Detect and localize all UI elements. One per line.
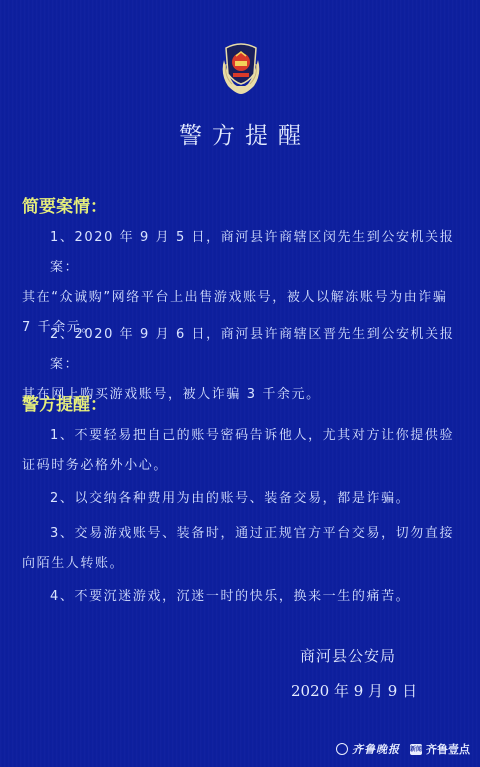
issue-date: 2020 年 9 月 9 日	[291, 680, 417, 701]
tip-3-line-2: 向陌生人转账。	[22, 549, 462, 579]
page-title: 警方提醒	[0, 117, 480, 150]
brand-qilu-evening-news: 齐鲁晚报	[352, 741, 400, 757]
tip-4-line-1: 4、不要沉迷游戏，沉迷一时的快乐，换来一生的痛苦。	[22, 582, 462, 612]
tip-2-line-1: 2、以交纳各种费用为由的账号、装备交易，都是诈骗。	[22, 484, 462, 514]
case-1-line-1: 1、2020 年 9 月 5 日，商河县许商辖区闵先生到公安机关报案：	[22, 223, 462, 283]
case-summary-heading: 简要案情：	[22, 192, 107, 217]
brand-qilu-yidian: 齐鲁壹点	[426, 741, 470, 757]
police-emblem-icon	[218, 40, 264, 96]
tip-item-4: 4、不要沉迷游戏，沉迷一时的快乐，换来一生的痛苦。	[22, 582, 462, 612]
police-tips-heading: 警方提醒：	[22, 390, 107, 415]
qilu-evening-news-logo-icon	[336, 743, 348, 755]
tip-item-2: 2、以交纳各种费用为由的账号、装备交易，都是诈骗。	[22, 484, 462, 514]
tip-item-1: 1、不要轻易把自己的账号密码告诉他人，尤其对方让你提供验 证码时务必格外小心。	[22, 421, 462, 481]
case-1-line-2: 其在“众诚购”网络平台上出售游戏账号，被人以解冻账号为由诈骗	[22, 283, 462, 313]
tip-1-line-1: 1、不要轻易把自己的账号密码告诉他人，尤其对方让你提供验	[22, 421, 462, 451]
case-2-line-1: 2、2020 年 9 月 6 日，商河县许商辖区晋先生到公安机关报案：	[22, 320, 462, 380]
tip-item-3: 3、交易游戏账号、装备时，通过正规官方平台交易，切勿直接 向陌生人转账。	[22, 519, 462, 579]
footer-watermark: 齐鲁晚报 新闻 齐鲁壹点	[336, 741, 470, 757]
tip-1-line-2: 证码时务必格外小心。	[22, 451, 462, 481]
issuer: 商河县公安局	[300, 645, 396, 666]
qilu-yidian-badge-icon: 新闻	[410, 744, 422, 755]
tip-3-line-1: 3、交易游戏账号、装备时，通过正规官方平台交易，切勿直接	[22, 519, 462, 549]
